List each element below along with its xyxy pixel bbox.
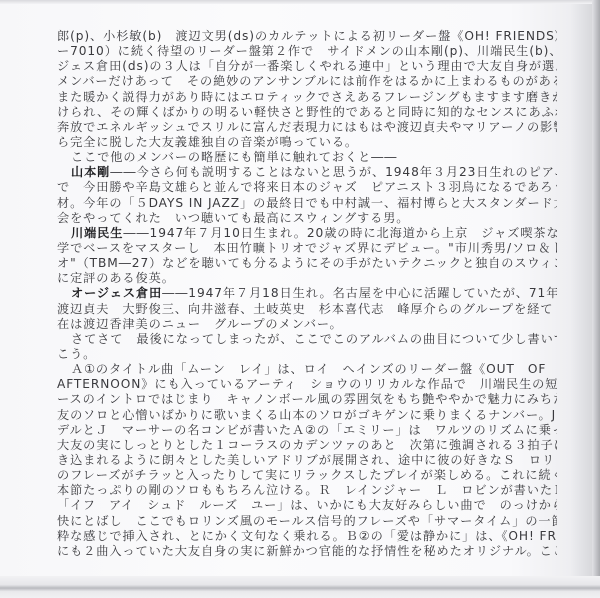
text-line: 渡辺貞夫 大野俊三、向井滋春、土岐英史 杉本喜代志 峰厚介らのグループを経て 現 [57, 302, 557, 317]
liner-notes-text: 郎(p)、小杉敏(b) 渡辺文男(ds)のカルテットによる初リーダー盤《OH! … [57, 29, 557, 559]
text-line: けられ、その輝くばかりの明るい軽快さと野性的であると同時に知的なセンスにあふれた [57, 105, 557, 120]
line-text: で 今田勝や辛島文雄らと並んで将来日本のジャズ ピアニスト３羽烏になるであろう逸 [57, 180, 557, 194]
text-line: き込まれるように朗々とした美しいアドリブが展開され、途中に彼の好きなＳ ロリンズ [57, 453, 557, 468]
line-text: ースのイントロではじまり キャノンボール風の雰囲気をもち艶ややかで魅力にみちた大 [57, 392, 557, 406]
line-text: 粋な感じで挿入され、とにかく文句なく乗れる。Ｂ②の「愛は静かに」は、《OH! F… [57, 529, 557, 543]
line-text: のフレーズがチラッと入ったりして実にリラックスしたプレイが楽しめる。これに続く山 [57, 468, 557, 482]
text-line: 山本剛――今さら何も説明することはないと思うが、1948年３月23日生れのピアニ… [57, 165, 557, 180]
line-text: Ａ①のタイトル曲「ムーン レイ」は、ロイ ヘインズのリーダー盤《OUT OF T… [71, 362, 557, 376]
line-text: 大友の実にしっとりとした１コーラスのカデンツァのあと 次第に強調される３拍子に引 [57, 438, 557, 452]
line-text: ――1947年７月18日生れ。名古屋を中心に活躍していたが、71年に上京。 [162, 286, 557, 300]
member-name: 川端民生 [71, 226, 123, 240]
text-line: ジェス倉田(ds)の３人は「自分が一番楽しくやれる連中」という理由で大友自身が選… [57, 59, 557, 74]
text-line: 材。今年の「５DAYS IN JAZZ」の最終日でも中村誠一、福村博らと大スタン… [57, 196, 557, 211]
line-text: 郎(p)、小杉敏(b) 渡辺文男(ds)のカルテットによる初リーダー盤《OH! … [57, 29, 557, 43]
line-text: 奔放でエネルギッシュでスリルに富んだ表現力にはもはや渡辺貞夫やマリアーノの影響か [57, 120, 557, 134]
text-line: メンバーだけあって その絶妙のアンサンブルには前作をはるかに上まわるものがある。 [57, 74, 557, 89]
line-text: 学でベースをマスターし 本田竹曠トリオでジャズ界にデビュー。"市川秀男/ソロ＆ト… [57, 241, 557, 255]
text-line: さてさて 最後になってしまったが、ここでこのアルバムの曲目について少し書いてお [57, 332, 557, 347]
text-line: 粋な感じで挿入され、とにかく文句なく乗れる。Ｂ②の「愛は静かに」は、《OH! F… [57, 529, 557, 544]
line-text: き込まれるように朗々とした美しいアドリブが展開され、途中に彼の好きなＳ ロリンズ [57, 453, 557, 467]
text-line: 「イフ アイ シュド ルーズ ユー」は、いかにも大友好みらしい曲で のっけから軽 [57, 498, 557, 513]
line-text: 「イフ アイ シュド ルーズ ユー」は、いかにも大友好みらしい曲で のっけから軽 [57, 498, 557, 512]
page-top-edge [0, 0, 600, 4]
scanned-page: 郎(p)、小杉敏(b) 渡辺文男(ds)のカルテットによる初リーダー盤《OH! … [0, 0, 600, 598]
text-line: にも２曲入っていた大友自身の実に新鮮かつ官能的な抒情性を秘めたオリジナル。ここで [57, 544, 557, 559]
text-line: オージェス倉田――1947年７月18日生れ。名古屋を中心に活躍していたが、71年… [57, 286, 557, 301]
line-text: 材。今年の「５DAYS IN JAZZ」の最終日でも中村誠一、福村博らと大スタン… [57, 196, 557, 210]
line-text: オ"（TBM―27）などを聴いても分るようにその手がたいテクニックと独自のスウィ… [57, 256, 557, 270]
text-line: 本節たっぷりの剛のソロももちろん泣ける。Ｒ レインジャー Ｌ ロビンが書いたＢ① [57, 483, 557, 498]
text-line: デルとＪ マーサーの名コンビが書いたＡ②の「エミリー」は ワルツのリズムに乗った [57, 423, 557, 438]
page-bottom-edge [0, 576, 600, 598]
text-line: Ａ①のタイトル曲「ムーン レイ」は、ロイ ヘインズのリーダー盤《OUT OF T… [57, 362, 557, 377]
text-line: 学でベースをマスターし 本田竹曠トリオでジャズ界にデビュー。"市川秀男/ソロ＆ト… [57, 241, 557, 256]
text-line: ここで他のメンバーの略歴にも簡単に触れておくと―― [57, 150, 557, 165]
line-text: 友のソロと心憎いばかりに歌いまくる山本のソロがゴキゲンに乗りまくるナンバー。J.… [57, 408, 557, 422]
line-text: ここで他のメンバーの略歴にも簡単に触れておくと―― [71, 150, 397, 164]
text-line: で 今田勝や辛島文雄らと並んで将来日本のジャズ ピアニスト３羽烏になるであろう逸 [57, 180, 557, 195]
line-text: 渡辺貞夫 大野俊三、向井滋春、土岐英史 杉本喜代志 峰厚介らのグループを経て 現 [57, 302, 557, 316]
text-line: 快にとばし ここでもロリンズ風のモールス信号的フレーズや「サマータイム」の一節が [57, 514, 557, 529]
member-name: 山本剛 [71, 165, 110, 179]
text-line: 郎(p)、小杉敏(b) 渡辺文男(ds)のカルテットによる初リーダー盤《OH! … [57, 29, 557, 44]
line-text: にも２曲入っていた大友自身の実に新鮮かつ官能的な抒情性を秘めたオリジナル。ここで [57, 544, 557, 558]
text-line: のフレーズがチラッと入ったりして実にリラックスしたプレイが楽しめる。これに続く山 [57, 468, 557, 483]
line-text: こう。 [57, 347, 96, 361]
text-line: 友のソロと心憎いばかりに歌いまくる山本のソロがゴキゲンに乗りまくるナンバー。J.… [57, 408, 557, 423]
line-text: ――1947年７月10日生まれ。20歳の時に北海道から上京 ジャズ喫茶などで独 [123, 226, 557, 240]
line-text: 会をやってくれた いつ聴いても最高にスウィングする男。 [57, 211, 409, 225]
line-text: ー7010）に続く待望のリーダー盤第２作で サイドメンの山本剛(p)、川端民生(… [57, 44, 557, 58]
text-line: オ"（TBM―27）などを聴いても分るようにその手がたいテクニックと独自のスウィ… [57, 256, 557, 271]
line-text: ら完全に脱した大友義雄独自の音楽が鳴っている。 [57, 135, 358, 149]
text-line: 在は渡辺香津美のニュー グループのメンバー。 [57, 317, 557, 332]
text-line: 会をやってくれた いつ聴いても最高にスウィングする男。 [57, 211, 557, 226]
line-text: AFTERNOON》にも入っているアーティ ショウのリリカルな作品で 川端民生の… [57, 377, 557, 391]
text-line: 川端民生――1947年７月10日生まれ。20歳の時に北海道から上京 ジャズ喫茶な… [57, 226, 557, 241]
line-text: けられ、その輝くばかりの明るい軽快さと野性的であると同時に知的なセンスにあふれた [57, 105, 557, 119]
line-text: また暖かく説得力があり時にはエロティックでさえあるフレージングもますます磨きがか [57, 90, 557, 104]
text-line: ら完全に脱した大友義雄独自の音楽が鳴っている。 [57, 135, 557, 150]
line-text: 在は渡辺香津美のニュー グループのメンバー。 [57, 317, 343, 331]
member-name: オージェス倉田 [71, 286, 162, 300]
text-line: 大友の実にしっとりとした１コーラスのカデンツァのあと 次第に強調される３拍子に引 [57, 438, 557, 453]
text-line: こう。 [57, 347, 557, 362]
line-text: ジェス倉田(ds)の３人は「自分が一番楽しくやれる連中」という理由で大友自身が選… [57, 59, 557, 73]
page-binding-shadow [592, 0, 600, 598]
text-line: に定評のある俊英。 [57, 271, 557, 286]
text-line: ースのイントロではじまり キャノンボール風の雰囲気をもち艶ややかで魅力にみちた大 [57, 392, 557, 407]
line-text: デルとＪ マーサーの名コンビが書いたＡ②の「エミリー」は ワルツのリズムに乗った [57, 423, 557, 437]
line-text: 本節たっぷりの剛のソロももちろん泣ける。Ｒ レインジャー Ｌ ロビンが書いたＢ① [57, 483, 557, 497]
line-text: メンバーだけあって その絶妙のアンサンブルには前作をはるかに上まわるものがある。 [57, 74, 557, 88]
text-line: また暖かく説得力があり時にはエロティックでさえあるフレージングもますます磨きがか [57, 90, 557, 105]
line-text: さてさて 最後になってしまったが、ここでこのアルバムの曲目について少し書いてお [71, 332, 557, 346]
line-text: ――今さら何も説明することはないと思うが、1948年３月23日生れのピアニスト [110, 165, 557, 179]
text-line: ー7010）に続く待望のリーダー盤第２作で サイドメンの山本剛(p)、川端民生(… [57, 44, 557, 59]
text-line: 奔放でエネルギッシュでスリルに富んだ表現力にはもはや渡辺貞夫やマリアーノの影響か [57, 120, 557, 135]
text-line: AFTERNOON》にも入っているアーティ ショウのリリカルな作品で 川端民生の… [57, 377, 557, 392]
line-text: に定評のある俊英。 [57, 271, 175, 285]
line-text: 快にとばし ここでもロリンズ風のモールス信号的フレーズや「サマータイム」の一節が [57, 514, 557, 528]
